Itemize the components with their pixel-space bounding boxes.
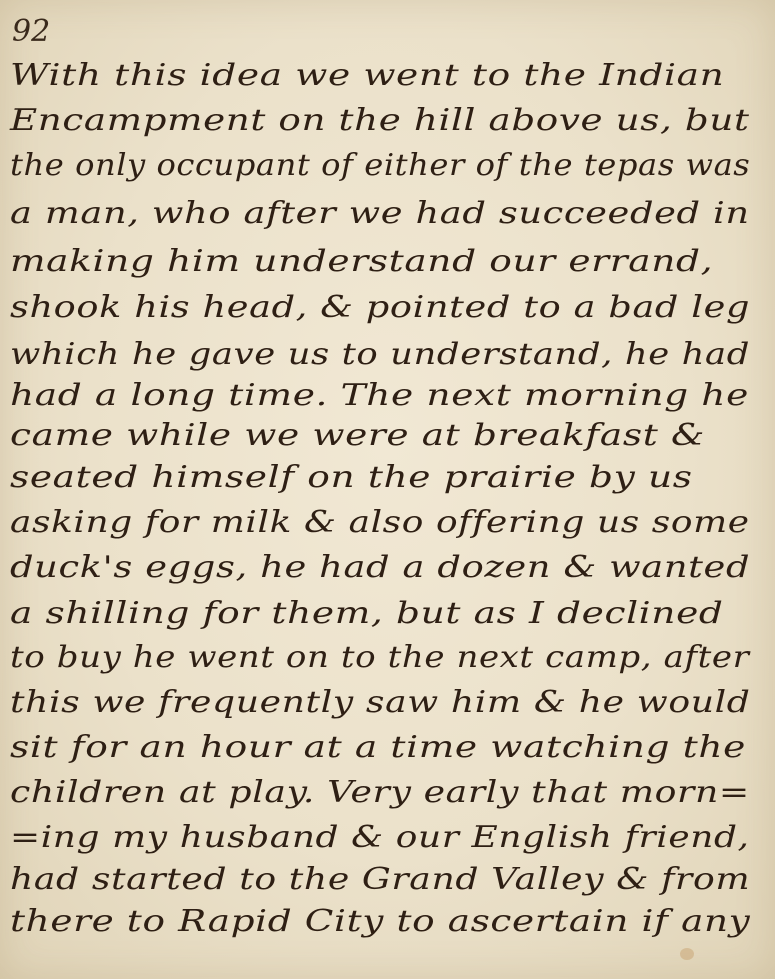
paper-stain	[680, 948, 694, 960]
text-line: asking for milk & also offering us some	[10, 505, 750, 540]
manuscript-page: 92 With this idea we went to the Indian …	[0, 0, 775, 979]
text-line: Encampment on the hill above us, but	[10, 103, 750, 138]
text-line: making him understand our errand,	[10, 244, 713, 279]
text-line: this we frequently saw him & he would	[10, 685, 751, 720]
text-line: seated himself on the prairie by us	[10, 460, 693, 495]
text-line: duck's eggs, he had a dozen & wanted	[10, 550, 750, 585]
text-line: a man, who after we had succeeded in	[10, 196, 750, 231]
text-line: children at play. Very early that morn=	[10, 775, 750, 810]
text-line: had a long time. The next morning he	[10, 378, 749, 413]
text-line: sit for an hour at a time watching the	[10, 730, 746, 765]
text-line: =ing my husband & our English friend,	[10, 820, 750, 855]
text-line: there to Rapid City to ascertain if any	[10, 904, 750, 939]
text-line: a shilling for them, but as I declined	[10, 596, 724, 631]
text-line: shook his head, & pointed to a bad leg	[10, 290, 750, 325]
page-number: 92	[12, 14, 50, 49]
text-line: had started to the Grand Valley & from	[10, 862, 750, 897]
text-line: With this idea we went to the Indian	[10, 58, 724, 93]
text-line: came while we were at breakfast &	[10, 418, 705, 453]
text-line: the only occupant of either of the tepas…	[10, 148, 750, 183]
text-line: which he gave us to understand, he had	[10, 337, 750, 372]
text-line: to buy he went on to the next camp, afte…	[10, 640, 749, 675]
